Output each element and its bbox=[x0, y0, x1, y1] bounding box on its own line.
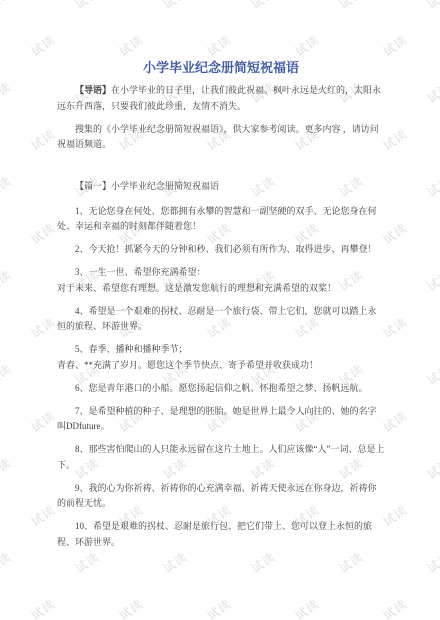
watermark-text: 试读 bbox=[423, 78, 440, 107]
watermark-text: 试读 bbox=[247, 548, 278, 577]
section-heading: 【篇一】小学毕业纪念册简短祝福语 bbox=[57, 179, 385, 195]
intro-paragraph: 【导语】在小学毕业的日子里，让我们彼此祝福。枫叶永远是火红的，太阳永远东升西落，… bbox=[57, 83, 385, 114]
watermark-text: 试读 bbox=[203, 31, 234, 60]
watermark-text: 试读 bbox=[27, 125, 58, 154]
blessing-item-5: 5、春季、播种和播种季节； 青春、**充满了岁月。愿您这个季节快点、寄予希望并收… bbox=[57, 342, 385, 373]
watermark-text: 试读 bbox=[291, 595, 322, 620]
watermark-text: 试读 bbox=[203, 595, 234, 620]
watermark-text: 试读 bbox=[335, 0, 366, 13]
blessing-item-7: 7、是希望种植的种子、是理想的胚胎。她是世界上最令人向往的、她的名字叫DDfut… bbox=[57, 404, 385, 435]
watermark-text: 试读 bbox=[27, 219, 58, 248]
watermark-text: 试读 bbox=[159, 0, 190, 13]
intro-label: 【导语】 bbox=[75, 85, 111, 95]
watermark-text: 试读 bbox=[27, 595, 58, 620]
blessing-item-4: 4、希望是一个艰难的拐杖、忍耐是一个旅行袋、带上它们，您就可以踏上永恒的旅程、环… bbox=[57, 304, 385, 335]
watermark-text: 试读 bbox=[0, 78, 15, 107]
watermark-text: 试读 bbox=[379, 595, 410, 620]
watermark-text: 试读 bbox=[115, 31, 146, 60]
watermark-text: 试读 bbox=[379, 31, 410, 60]
watermark-text: 试读 bbox=[0, 0, 15, 13]
watermark-text: 试读 bbox=[0, 172, 15, 201]
watermark-text: 试读 bbox=[27, 407, 58, 436]
blessing-item-10: 10、希望是艰难的拐杖、忍耐是旅行包、把它们带上、您可以登上永恒的旅程、环游世界… bbox=[57, 519, 385, 550]
watermark-text: 试读 bbox=[423, 172, 440, 201]
watermark-text: 试读 bbox=[0, 454, 15, 483]
watermark-text: 试读 bbox=[71, 548, 102, 577]
watermark-text: 试读 bbox=[0, 266, 15, 295]
watermark-text: 试读 bbox=[335, 548, 366, 577]
blessing-item-8: 8、那些害怕爬山的人只能永远留在这片土地上。人们应该像“人”一词、总是上下。 bbox=[57, 442, 385, 473]
watermark-text: 试读 bbox=[423, 0, 440, 13]
watermark-text: 试读 bbox=[71, 0, 102, 13]
watermark-text: 试读 bbox=[291, 31, 322, 60]
watermark-text: 试读 bbox=[247, 0, 278, 13]
watermark-text: 试读 bbox=[159, 548, 190, 577]
watermark-text: 试读 bbox=[0, 360, 15, 389]
watermark-text: 试读 bbox=[27, 313, 58, 342]
watermark-text: 试读 bbox=[0, 548, 15, 577]
watermark-text: 试读 bbox=[423, 548, 440, 577]
document-page: 试读试读试读试读试读试读试读试读试读试读试读试读试读试读试读试读试读试读试读试读… bbox=[0, 0, 440, 620]
watermark-text: 试读 bbox=[27, 31, 58, 60]
blessing-item-6: 6、您是青年港口的小船。愿您扬起信仰之帆、怀抱希望之梦、扬帆远航。 bbox=[57, 381, 385, 397]
watermark-text: 试读 bbox=[423, 360, 440, 389]
watermark-text: 试读 bbox=[27, 501, 58, 530]
page-title: 小学毕业纪念册简短祝福语 bbox=[57, 58, 385, 78]
watermark-text: 试读 bbox=[423, 266, 440, 295]
blessing-item-1: 1、无论您身在何处、您都拥有永攀的智慧和一副坚硬的双手、无论您身在何处、幸运和幸… bbox=[57, 204, 385, 235]
source-note: 搜集的《小学毕业纪念册简短祝福语》，供大家参考阅读。更多内容 ，请访问祝福语频道… bbox=[57, 122, 385, 153]
watermark-text: 试读 bbox=[115, 595, 146, 620]
blessing-item-2: 2、今天抢！抓紧今天的分钟和秒、我们必须有所作为、取得进步、再攀登！ bbox=[57, 242, 385, 258]
document-content: 小学毕业纪念册简短祝福语 【导语】在小学毕业的日子里，让我们彼此祝福。枫叶永远是… bbox=[57, 58, 385, 550]
blessing-item-3: 3、一生一世、希望你充满希望： 对于未来、希望您有理想。这是激发您航行的理想和充… bbox=[57, 265, 385, 296]
watermark-text: 试读 bbox=[423, 454, 440, 483]
blessing-item-9: 9、我的心为你祈祷、祈祷你的心充满幸福、祈祷天使永远在你身边，祈祷你的前程无忧。 bbox=[57, 481, 385, 512]
